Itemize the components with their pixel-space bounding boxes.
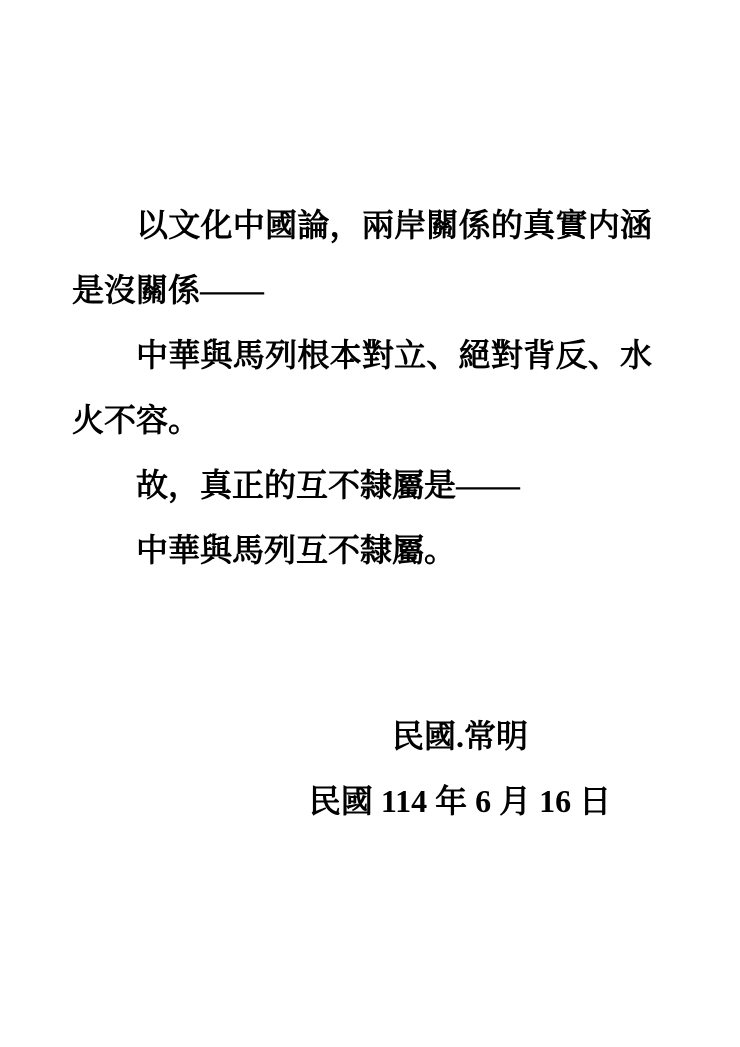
paragraph-2: 中華與馬列根本對立、絕對背反、水火不容。 <box>72 323 652 453</box>
document-body: 以文化中國論，兩岸關係的真實内涵是沒關係—— 中華與馬列根本對立、絕對背反、水火… <box>72 193 652 834</box>
signature-block: 民國.常明 民國 114 年 6 月 16 日 <box>268 704 652 834</box>
paragraph-4: 中華與馬列互不隸屬。 <box>72 518 652 583</box>
signature-date: 民國 114 年 6 月 16 日 <box>268 769 652 834</box>
paragraph-3: 故，真正的互不隸屬是—— <box>72 453 652 518</box>
paragraph-1: 以文化中國論，兩岸關係的真實内涵是沒關係—— <box>72 193 652 323</box>
document-page: 以文化中國論，兩岸關係的真實内涵是沒關係—— 中華與馬列根本對立、絕對背反、水火… <box>0 0 740 1047</box>
signature-name: 民國.常明 <box>268 704 652 769</box>
